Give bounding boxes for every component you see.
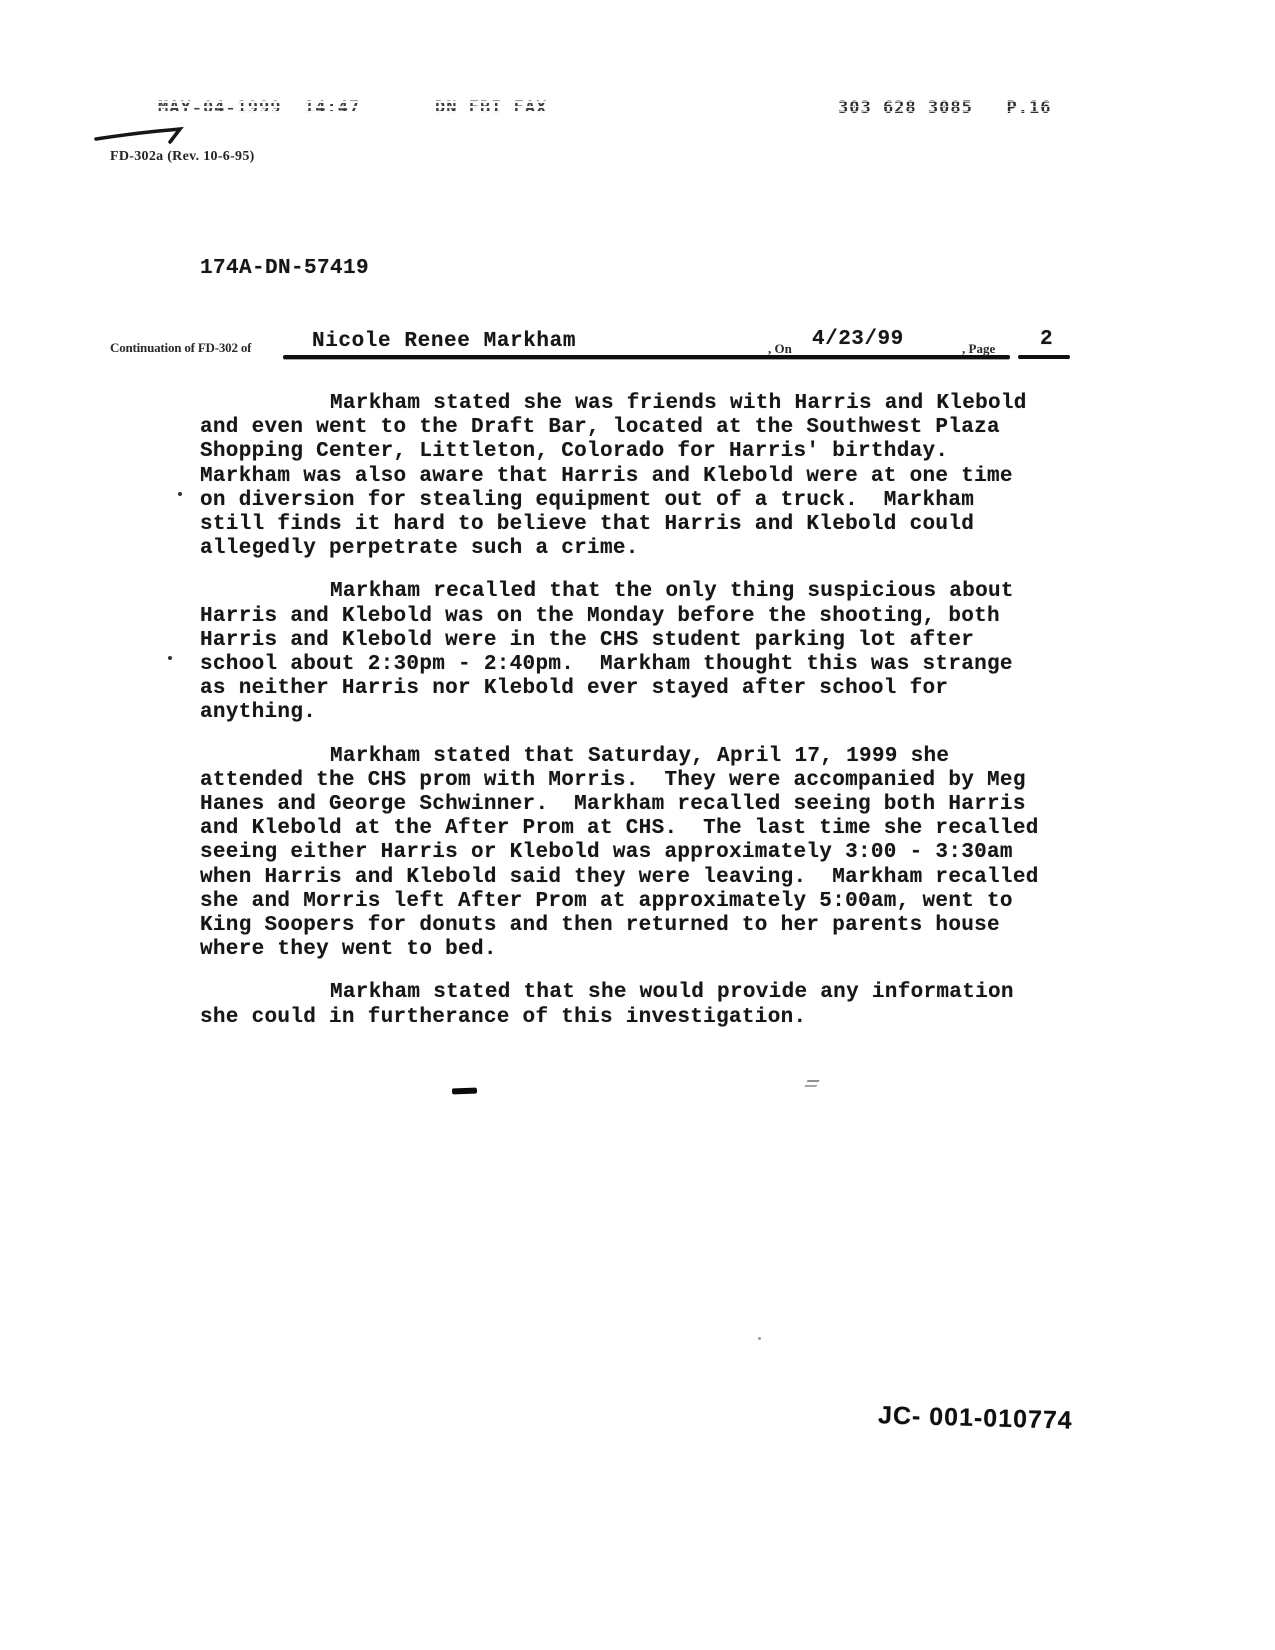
narrative-body: Markham stated she was friends with Harr… [200,392,1060,1049]
paragraph: Markham stated that she would provide an… [200,981,1060,1029]
text-line: Markham stated that she would provide an… [200,981,1060,1005]
text-line: Harris and Klebold was on the Monday bef… [200,605,1060,629]
text-line: Shopping Center, Littleton, Colorado for… [200,440,1060,464]
bates-number-stamp: JC- 001-010774 [878,1401,1073,1435]
fax-sender: DN FBI FAX [435,98,547,118]
page-label: , Page [962,341,995,357]
text-line: she and Morris left After Prom at approx… [200,890,1060,914]
text-line: Harris and Klebold were in the CHS stude… [200,629,1060,653]
fax-number-and-page: 303 628 3085 P.16 [838,98,1051,118]
text-line: school about 2:30pm - 2:40pm. Markham th… [200,653,1060,677]
text-line: Markham stated she was friends with Harr… [200,392,1060,416]
page-number-underline [1018,355,1070,359]
text-line: Markham stated that Saturday, April 17, … [200,745,1060,769]
case-number: 174A-DN-57419 [200,257,369,280]
paragraph: Markham recalled that the only thing sus… [200,580,1060,725]
pen-dash-mark [452,1088,477,1095]
on-label: , On [768,341,792,357]
scanned-document-page: MAY-04-1999 14:47 DN FBI FAX 303 628 308… [0,0,1275,1650]
text-line: allegedly perpetrate such a crime. [200,537,1060,561]
text-line: seeing either Harris or Klebold was appr… [200,841,1060,865]
text-line: and even went to the Draft Bar, located … [200,416,1060,440]
text-line: King Soopers for donuts and then returne… [200,914,1060,938]
paragraph: Markham stated she was friends with Harr… [200,392,1060,561]
continuation-label: Continuation of FD-302 of [110,340,251,356]
date-underline [806,355,958,359]
text-line: on diversion for stealing equipment out … [200,489,1060,513]
text-line: when Harris and Klebold said they were l… [200,866,1060,890]
subject-name-field: Nicole Renee Markham [312,330,576,353]
text-line: anything. [200,701,1060,725]
text-line: and Klebold at the After Prom at CHS. Th… [200,817,1060,841]
scan-artifact [168,656,172,660]
scan-artifact [758,1337,761,1340]
paragraph: Markham stated that Saturday, April 17, … [200,745,1060,963]
text-line: she could in furtherance of this investi… [200,1006,1060,1030]
text-line: where they went to bed. [200,938,1060,962]
text-line: as neither Harris nor Klebold ever staye… [200,677,1060,701]
date-field: 4/23/99 [812,328,904,351]
scan-artifact [178,492,182,496]
text-line: still finds it hard to believe that Harr… [200,513,1060,537]
text-line: attended the CHS prom with Morris. They … [200,769,1060,793]
text-line: Hanes and George Schwinner. Markham reca… [200,793,1060,817]
form-revision-label: FD-302a (Rev. 10-6-95) [110,149,255,165]
scan-artifact [804,1080,819,1087]
text-line: Markham was also aware that Harris and K… [200,465,1060,489]
page-number-field: 2 [1040,328,1053,351]
text-line: Markham recalled that the only thing sus… [200,580,1060,604]
fax-timestamp: MAY-04-1999 14:47 [158,98,360,118]
